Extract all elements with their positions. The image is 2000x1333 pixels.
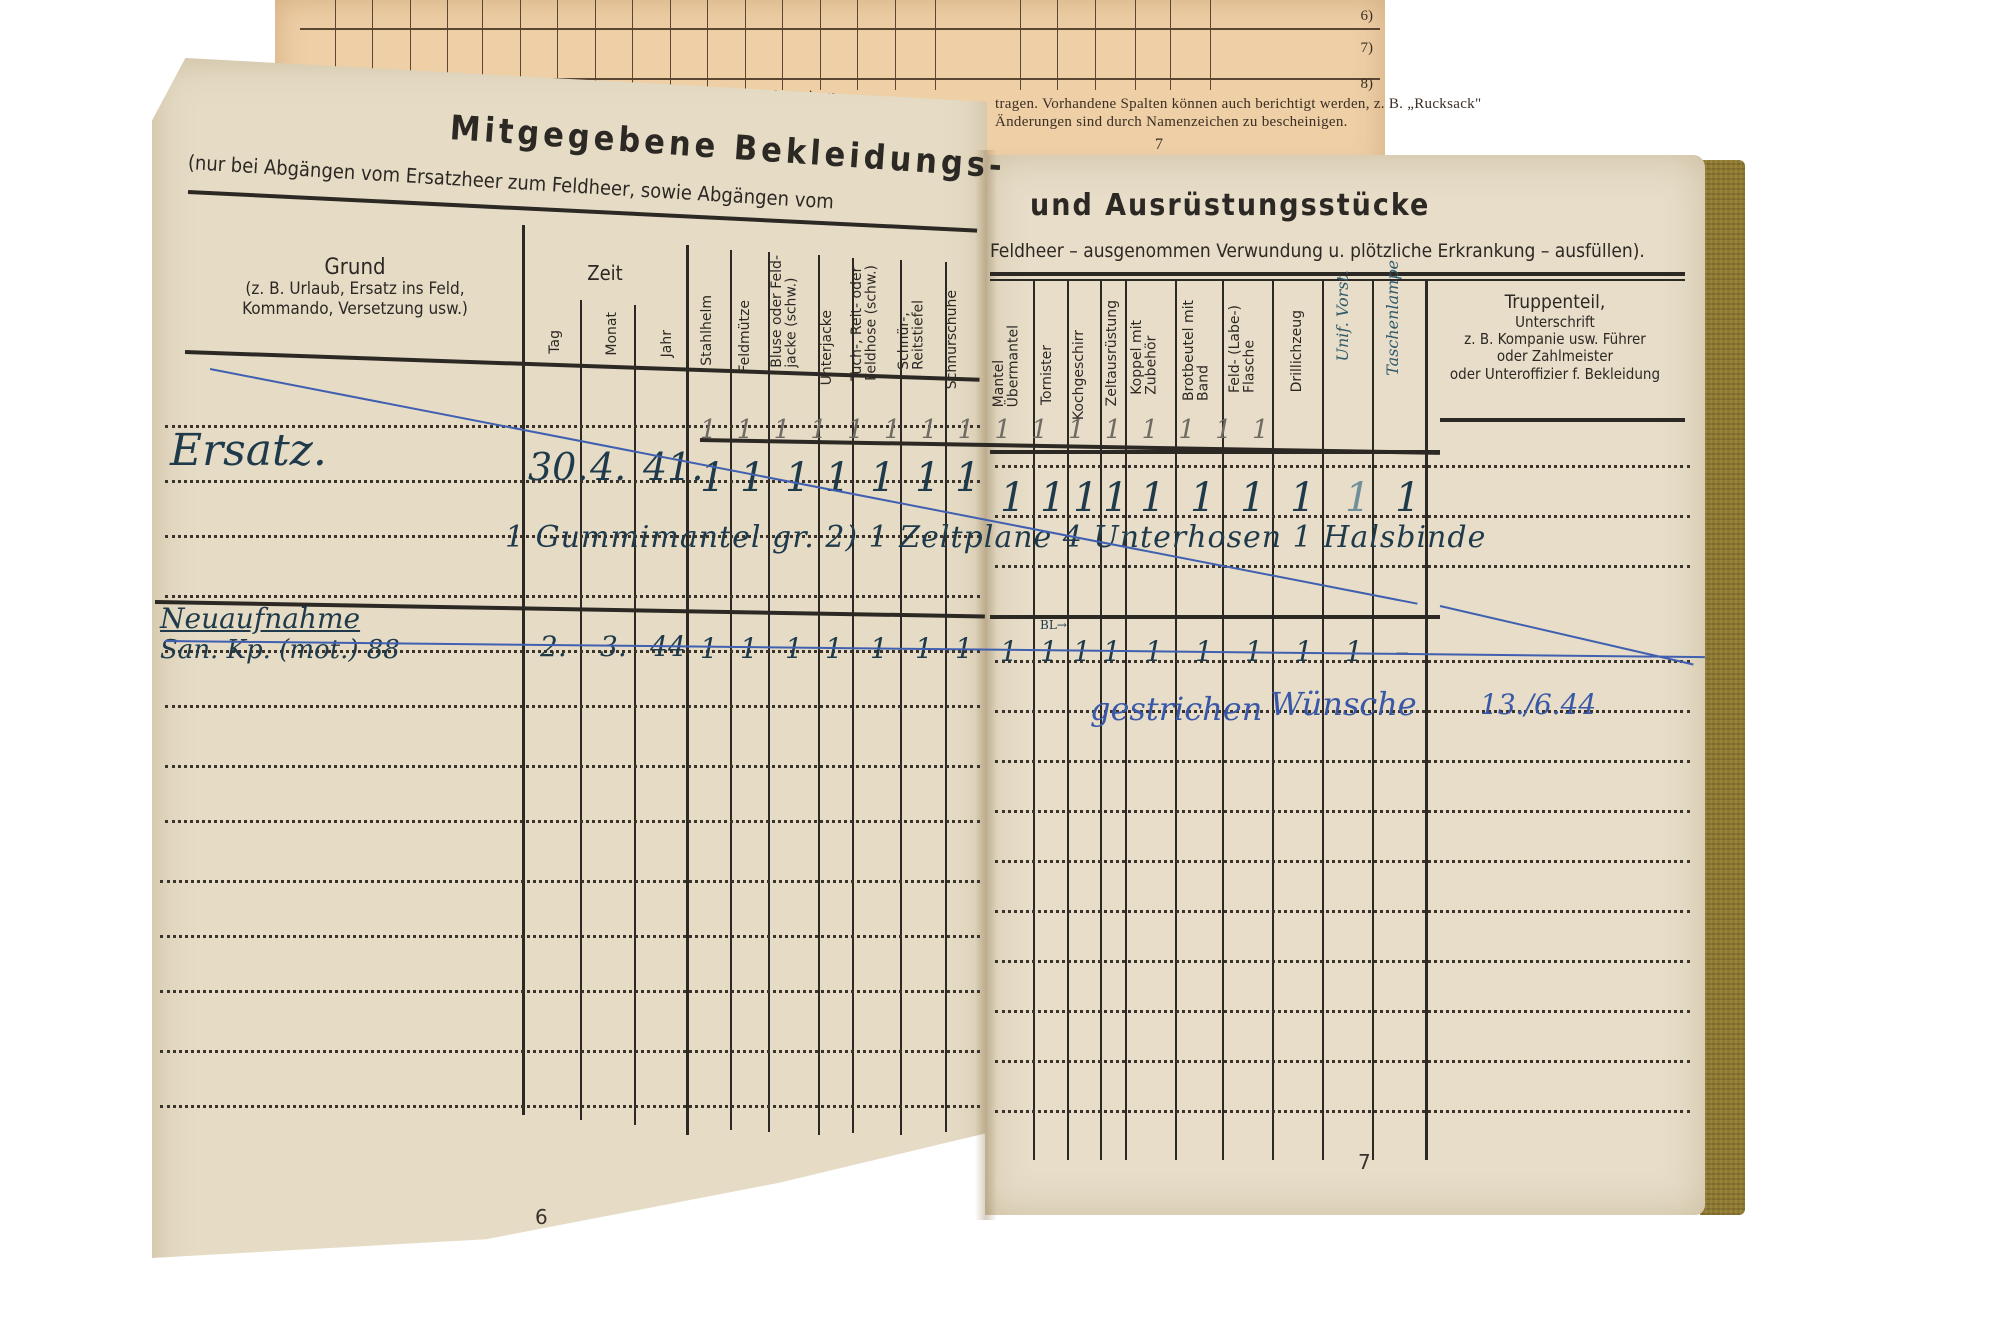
note-text: tragen. Vorhandene Spalten können auch b… [995,96,1481,113]
column-header-monat: Monat [605,312,620,356]
column-divider [1067,280,1069,1160]
column-header-item: Kochgeschirr [1072,330,1087,420]
row-line [995,1060,1690,1063]
entry-tag: 2. [540,630,567,663]
entry-item-qty: 1 [1290,475,1315,521]
column-header-item: Feldmütze [738,300,753,373]
entry-grund: Neuaufnahme [160,602,360,635]
row-line [995,1110,1690,1113]
column-header-item: Mantel Übermantel [992,325,1021,407]
grid-line [632,0,633,90]
header-bottom-rule [1440,418,1685,422]
row-line [995,960,1690,963]
row-line [165,705,980,708]
grid-line [935,0,936,90]
form-subtitle-right: Feldheer – ausgenommen Verwundung u. plö… [990,240,1645,262]
entry-item-qty: 1 [955,455,980,501]
grid-line [820,0,821,90]
row-line [165,765,980,768]
grid-line [895,0,896,90]
grid-line [782,0,783,90]
column-header-item: Drillichzeug [1290,310,1305,392]
grid-line [1135,0,1136,90]
grund-hint: (z. B. Urlaub, Ersatz ins Feld, [200,280,510,300]
row-line [160,1050,980,1053]
entry-item-qty: 1 [1040,635,1058,668]
row-line [165,595,980,598]
row-line [995,660,1690,663]
cancellation-text: gestrichen [1090,690,1262,728]
column-divider [522,225,525,1115]
column-divider [852,258,854,1133]
entry-jahr: 41. [643,445,703,489]
entry-item-qty: 1 [1000,635,1018,668]
entry-item-qty: 1 [870,455,895,501]
grid-line [1057,0,1058,90]
entry-item-qty: 1 [700,632,718,665]
handwritten-column-header: Unif. Vorst. [1335,270,1352,362]
grid-line [1210,0,1211,90]
entry-item-qty: 1 [740,455,765,501]
entry-item-qty: 1 [1190,475,1215,521]
row-line [165,820,980,823]
row-line [995,810,1690,813]
column-header-item: Schnürschuhe [945,290,960,389]
entry-item-qty: 1 [700,455,725,501]
book-spine-cloth [1700,160,1745,1215]
row-line [995,910,1690,913]
page-number: 7 [1155,136,1163,154]
entry-item-qty: – [1395,635,1409,668]
truppenteil-hint: z. B. Kompanie usw. Führer [1430,331,1680,348]
entry-item-qty: 1 [1103,475,1128,521]
entry-item-qty: 1 [1000,475,1025,521]
entry-item-qty: 1 [740,632,758,665]
truppenteil-hint: oder Zahlmeister [1430,348,1680,365]
column-header-item: Koppel mit Zubehör [1130,320,1159,395]
entry-item-qty: 1 [1040,475,1065,521]
column-divider [818,255,820,1135]
column-header-item: Brotbeutel mit Band [1182,300,1211,401]
row-line [995,565,1690,568]
entry-annotation: BL→ [1040,618,1067,632]
grid-line [670,0,671,90]
column-header-jahr: Jahr [660,330,675,357]
entry-tag: 30. [528,445,588,489]
grund-hint: Kommando, Versetzung usw.) [200,300,510,320]
handwritten-column-header: Taschenlampe [1385,260,1402,376]
entry-monat: 4. [590,445,626,489]
grid-line [1095,0,1096,90]
column-divider [945,262,947,1132]
zeit-header: Zeit [560,262,650,285]
entry-note: 1 Gummimantel gr. 2) 1 Zeltplane 4 Unter… [505,520,1486,555]
row-line [995,760,1690,763]
form-title-right: und Ausrüstungsstücke [1030,188,1430,223]
grid-line [745,0,746,90]
page-number-right: 7 [1358,1150,1371,1174]
column-header-tag: Tag [548,330,563,354]
grid-line [1020,0,1021,90]
truppenteil-header: Truppenteil, Unterschrift z. B. Kompanie… [1430,292,1680,383]
page-number-left: 6 [535,1205,548,1229]
grund-title: Grund [200,255,510,280]
entry-item-qty: 1 [1140,475,1165,521]
row-number: 8) [1361,76,1374,93]
row-number: 7) [1361,40,1374,57]
grid-line [707,0,708,90]
entry-item-qty: 1 [915,455,940,501]
cancellation-signature: Wünsche [1270,685,1417,723]
row-line [995,1010,1690,1013]
column-divider [580,300,582,1120]
grid-line [595,0,596,90]
row-line [995,515,1690,518]
column-divider [1425,280,1428,1160]
grid-line [857,0,858,90]
left-page [152,58,987,1308]
grid-line [300,28,1380,30]
column-header-item: Tornister [1040,345,1055,405]
truppenteil-hint: Unterschrift [1430,314,1680,331]
column-header-item: Tuch-, Reit- oder Feldhose (schw.) [850,265,879,381]
row-number: 6) [1361,8,1374,25]
column-divider [768,252,770,1132]
entry-item-qty: 1 [1395,475,1420,521]
row-line [160,1105,980,1108]
column-header-item: Stahlhelm [700,295,715,366]
truppenteil-title: Truppenteil, [1430,292,1680,314]
note-text: Änderungen sind durch Namenzeichen zu be… [995,114,1348,131]
column-header-item: Zeltausrüstung [1105,300,1120,406]
column-divider [900,260,902,1135]
entry-item-qty: 1 [1073,475,1098,521]
grund-header: Grund (z. B. Urlaub, Ersatz ins Feld, Ko… [200,255,510,319]
book-gutter [975,150,997,1220]
row-line [995,860,1690,863]
column-divider [634,305,636,1125]
grid-line [1170,0,1171,90]
row-line [160,935,980,938]
entry-grund: Ersatz. [170,425,327,476]
column-divider [730,250,732,1130]
row-line [160,880,980,883]
column-divider [686,245,689,1135]
entry-item-qty: 1 [1345,475,1370,521]
entry-item-qty: 1 [825,455,850,501]
cancellation-date: 13./6.44 [1480,688,1596,721]
grid-line [557,0,558,90]
truppenteil-hint: oder Unteroffizier f. Bekleidung [1430,366,1680,383]
row-line [160,990,980,993]
entry-item-qty: 1 [1240,475,1265,521]
column-divider [1033,280,1035,1160]
row-line [995,465,1690,468]
column-header-item: Bluse oder Feld- jacke (schw.) [770,255,799,368]
column-header-item: Feld- (Labe-) Flasche [1228,305,1257,393]
entry-item-qty: 1 [785,455,810,501]
